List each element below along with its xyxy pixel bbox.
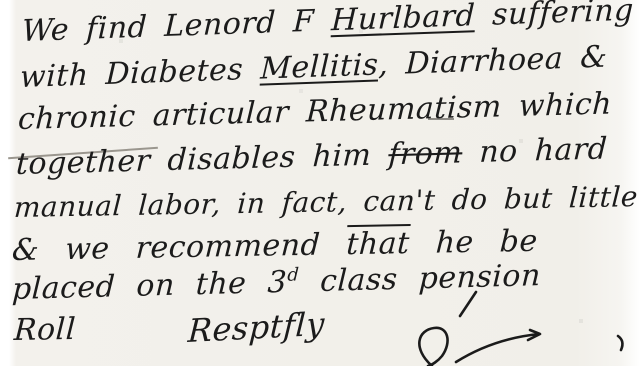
- line2-pre: with Diabetes: [19, 52, 260, 95]
- handwritten-line-5: manual labor, in fact, can't do but litt…: [13, 180, 639, 224]
- document-page: We find Lenord F Hurlbard suffering with…: [0, 0, 640, 366]
- line6-pre: & we recommend: [11, 227, 347, 268]
- line4-post: no hard: [462, 131, 609, 170]
- line1-post: suffering: [475, 0, 635, 33]
- line2-post: , Diarrhoea &: [378, 39, 608, 82]
- line5-text: manual labor, in fact, can't do but litt…: [13, 180, 639, 224]
- handwritten-line-4: together disables him from no hard: [15, 131, 608, 182]
- diagnosis-underlined: Mellitis: [260, 47, 379, 86]
- handwritten-word-roll: Roll: [13, 312, 77, 348]
- patient-name: Hurlbard: [331, 0, 476, 38]
- struck-word: from: [388, 135, 463, 172]
- line6-post: he be: [409, 224, 539, 261]
- handwritten-line-2: with Diabetes Mellitis, Diarrhoea &: [19, 39, 608, 95]
- pension-p-tail-stroke: [460, 292, 476, 316]
- paper-noise-specks: [0, 0, 2, 2]
- line4-pre: together disables him: [15, 137, 389, 182]
- line1-pre: We find Lenord F: [21, 3, 331, 49]
- roll-text: Roll: [13, 312, 77, 348]
- line3-text: chronic articular Rheumatism which: [17, 86, 613, 137]
- signature-flourish-stroke: [456, 330, 540, 362]
- closing-text: Resptfly: [187, 305, 326, 350]
- signature-comma-mark: [618, 336, 622, 350]
- signature-loop-stroke: [419, 328, 447, 366]
- handwritten-line-3: chronic articular Rheumatism which: [17, 86, 613, 137]
- handwritten-closing: Resptfly: [187, 305, 326, 350]
- crossed-word: that: [345, 226, 410, 262]
- signature-fragment: [398, 290, 634, 366]
- line7-pre: placed on the 3: [11, 265, 288, 307]
